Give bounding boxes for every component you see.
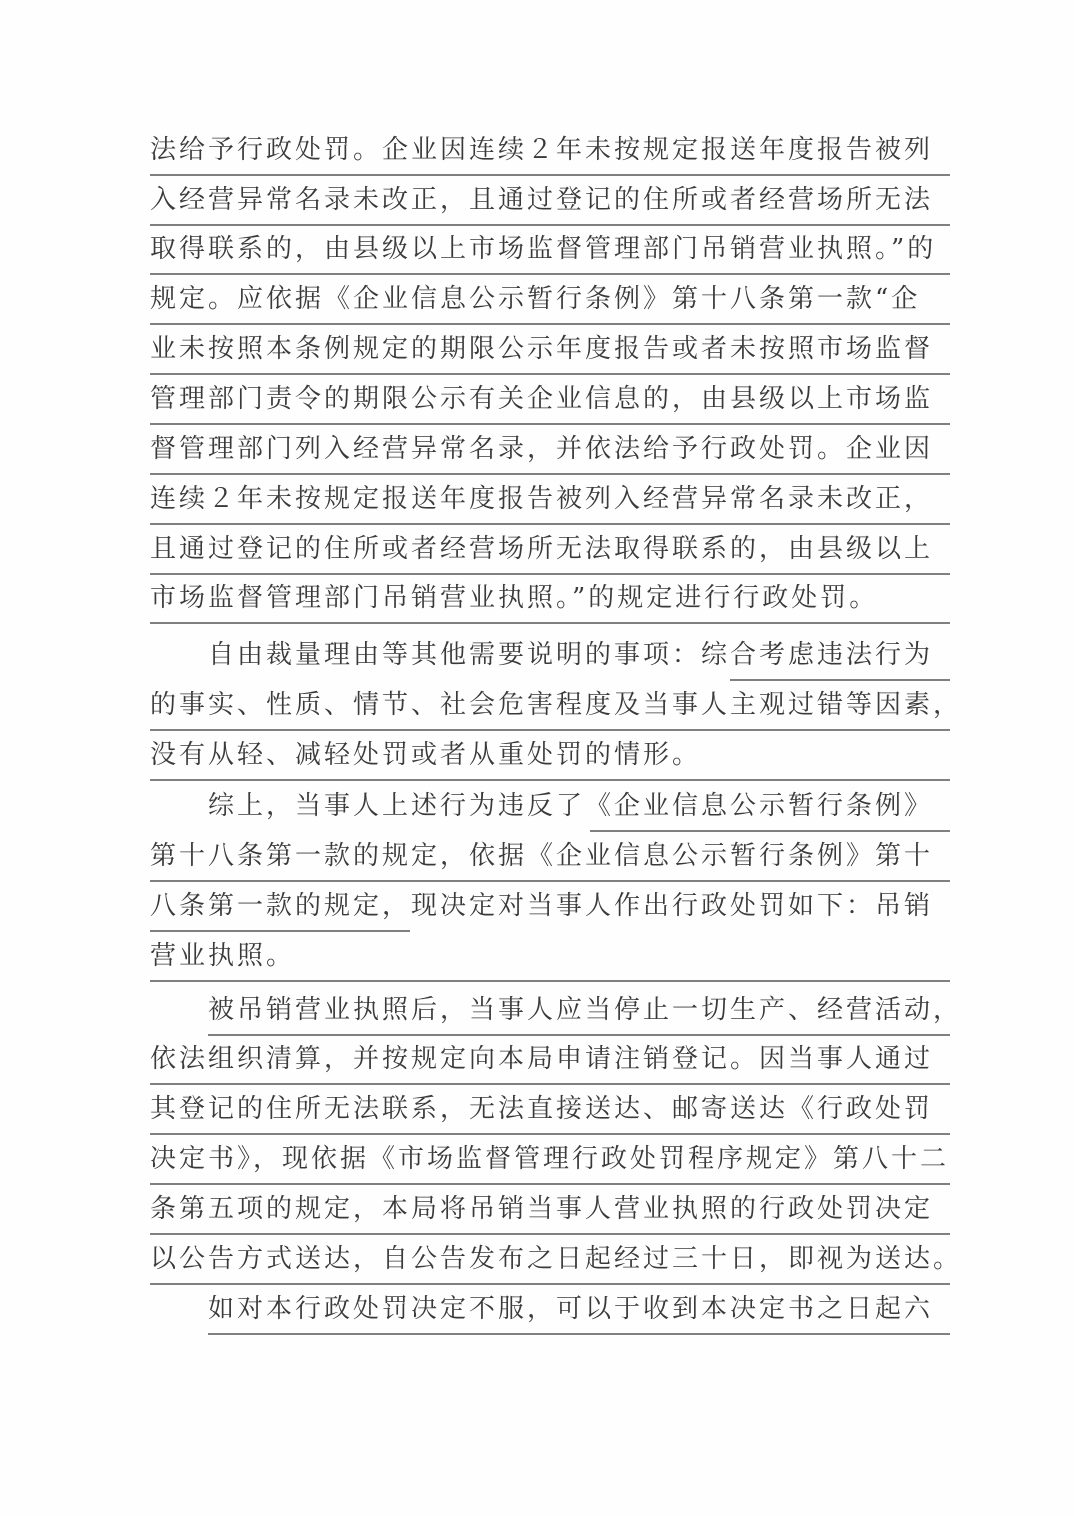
text-line: 没有从轻、减轻处罚或者从重处罚的情形。	[150, 735, 950, 783]
line-text: 且通过登记的住所或者经营场所无法取得联系的，由县级以上	[150, 534, 933, 564]
text-line: 入经营异常名录未改正，且通过登记的住所或者经营场所无法	[150, 180, 950, 228]
line-text: 如对本行政处罚决定不服，可以于收到本决定书之日起六	[208, 1294, 933, 1324]
text-line: 市场监督管理部门吊销营业执照。”的规定进行行政处罚。	[150, 578, 950, 626]
line-text: 第十八条第一款的规定，依据《企业信息公示暂行条例》第十	[150, 841, 933, 871]
underline	[150, 323, 950, 325]
underline	[730, 679, 950, 681]
underline	[150, 880, 950, 882]
text-line: 取得联系的，由县级以上市场监督管理部门吊销营业执照。”的	[150, 229, 950, 277]
text-line: 营业执照。	[150, 936, 950, 984]
underline	[150, 523, 950, 525]
underline	[150, 174, 950, 176]
text-line: 条第五项的规定，本局将吊销当事人营业执照的行政处罚决定	[150, 1189, 950, 1237]
underline	[150, 1233, 950, 1235]
text-line: 综上，当事人上述行为违反了《企业信息公示暂行条例》	[150, 786, 950, 834]
line-text: 综上，当事人上述行为违反了《企业信息公示暂行条例》	[208, 791, 933, 821]
line-text: 没有从轻、减轻处罚或者从重处罚的情形。	[150, 740, 701, 770]
line-text: 业未按照本条例规定的期限公示年度报告或者未按照市场监督	[150, 334, 933, 364]
line-text: 八条第一款的规定，现决定对当事人作出行政处罚如下：吊销	[150, 891, 933, 921]
line-text: 的事实、性质、情节、社会危害程度及当事人主观过错等因素，	[150, 690, 962, 720]
underline	[150, 224, 950, 226]
line-text: 自由裁量理由等其他需要说明的事项：综合考虑违法行为	[208, 640, 933, 670]
line-text: 决定书》，现依据《市场监督管理行政处罚程序规定》第八十二	[150, 1144, 949, 1174]
text-line: 八条第一款的规定，现决定对当事人作出行政处罚如下：吊销	[150, 886, 950, 934]
underline	[150, 273, 950, 275]
line-text: 被吊销营业执照后，当事人应当停止一切生产、经营活动，	[208, 995, 962, 1025]
line-text: 营业执照。	[150, 941, 295, 971]
underline	[150, 1283, 950, 1285]
underline	[150, 1083, 950, 1085]
underline	[150, 423, 950, 425]
underline	[150, 622, 950, 624]
line-text: 市场监督管理部门吊销营业执照。”的规定进行行政处罚。	[150, 583, 878, 613]
underline	[150, 1183, 950, 1185]
line-text: 连续２年未按规定报送年度报告被列入经营异常名录未改正，	[150, 484, 933, 514]
underline	[208, 1333, 950, 1335]
underline	[150, 473, 950, 475]
underline	[150, 729, 950, 731]
text-line: 督管理部门列入经营异常名录，并依法给予行政处罚。企业因	[150, 429, 950, 477]
underline	[150, 573, 950, 575]
line-text: 以公告方式送达，自公告发布之日起经过三十日，即视为送达。	[150, 1244, 962, 1274]
text-line: 被吊销营业执照后，当事人应当停止一切生产、经营活动，	[150, 990, 950, 1038]
underline	[150, 373, 950, 375]
underline	[208, 1034, 950, 1036]
line-text: 依法组织清算，并按规定向本局申请注销登记。因当事人通过	[150, 1044, 933, 1074]
text-line: 以公告方式送达，自公告发布之日起经过三十日，即视为送达。	[150, 1239, 950, 1287]
text-line: 其登记的住所无法联系，无法直接送达、邮寄送达《行政处罚	[150, 1089, 950, 1137]
text-line: 业未按照本条例规定的期限公示年度报告或者未按照市场监督	[150, 329, 950, 377]
text-line: 依法组织清算，并按规定向本局申请注销登记。因当事人通过	[150, 1039, 950, 1087]
text-line: 法给予行政处罚。企业因连续２年未按规定报送年度报告被列	[150, 130, 950, 178]
underline	[150, 930, 410, 932]
underline	[150, 779, 950, 781]
text-line: 管理部门责令的期限公示有关企业信息的，由县级以上市场监	[150, 379, 950, 427]
text-line: 决定书》，现依据《市场监督管理行政处罚程序规定》第八十二	[150, 1139, 950, 1187]
line-text: 管理部门责令的期限公示有关企业信息的，由县级以上市场监	[150, 384, 933, 414]
text-line: 第十八条第一款的规定，依据《企业信息公示暂行条例》第十	[150, 836, 950, 884]
text-line: 连续２年未按规定报送年度报告被列入经营异常名录未改正，	[150, 479, 950, 527]
underline	[590, 830, 950, 832]
line-text: 法给予行政处罚。企业因连续２年未按规定报送年度报告被列	[150, 135, 933, 165]
text-line: 如对本行政处罚决定不服，可以于收到本决定书之日起六	[150, 1289, 950, 1337]
line-text: 入经营异常名录未改正，且通过登记的住所或者经营场所无法	[150, 185, 933, 215]
text-line: 自由裁量理由等其他需要说明的事项：综合考虑违法行为	[150, 635, 950, 683]
line-text: 督管理部门列入经营异常名录，并依法给予行政处罚。企业因	[150, 434, 933, 464]
underline	[150, 1133, 950, 1135]
scanned-document-page: 法给予行政处罚。企业因连续２年未按规定报送年度报告被列 入经营异常名录未改正，且…	[0, 0, 1074, 1516]
text-line: 规定。应依据《企业信息公示暂行条例》第十八条第一款“企	[150, 279, 950, 327]
line-text: 其登记的住所无法联系，无法直接送达、邮寄送达《行政处罚	[150, 1094, 933, 1124]
line-text: 条第五项的规定，本局将吊销当事人营业执照的行政处罚决定	[150, 1194, 933, 1224]
text-line: 的事实、性质、情节、社会危害程度及当事人主观过错等因素，	[150, 685, 950, 733]
line-text: 取得联系的，由县级以上市场监督管理部门吊销营业执照。”的	[150, 234, 936, 264]
text-line: 且通过登记的住所或者经营场所无法取得联系的，由县级以上	[150, 529, 950, 577]
line-text: 规定。应依据《企业信息公示暂行条例》第十八条第一款“企	[150, 284, 920, 314]
underline	[150, 980, 950, 982]
